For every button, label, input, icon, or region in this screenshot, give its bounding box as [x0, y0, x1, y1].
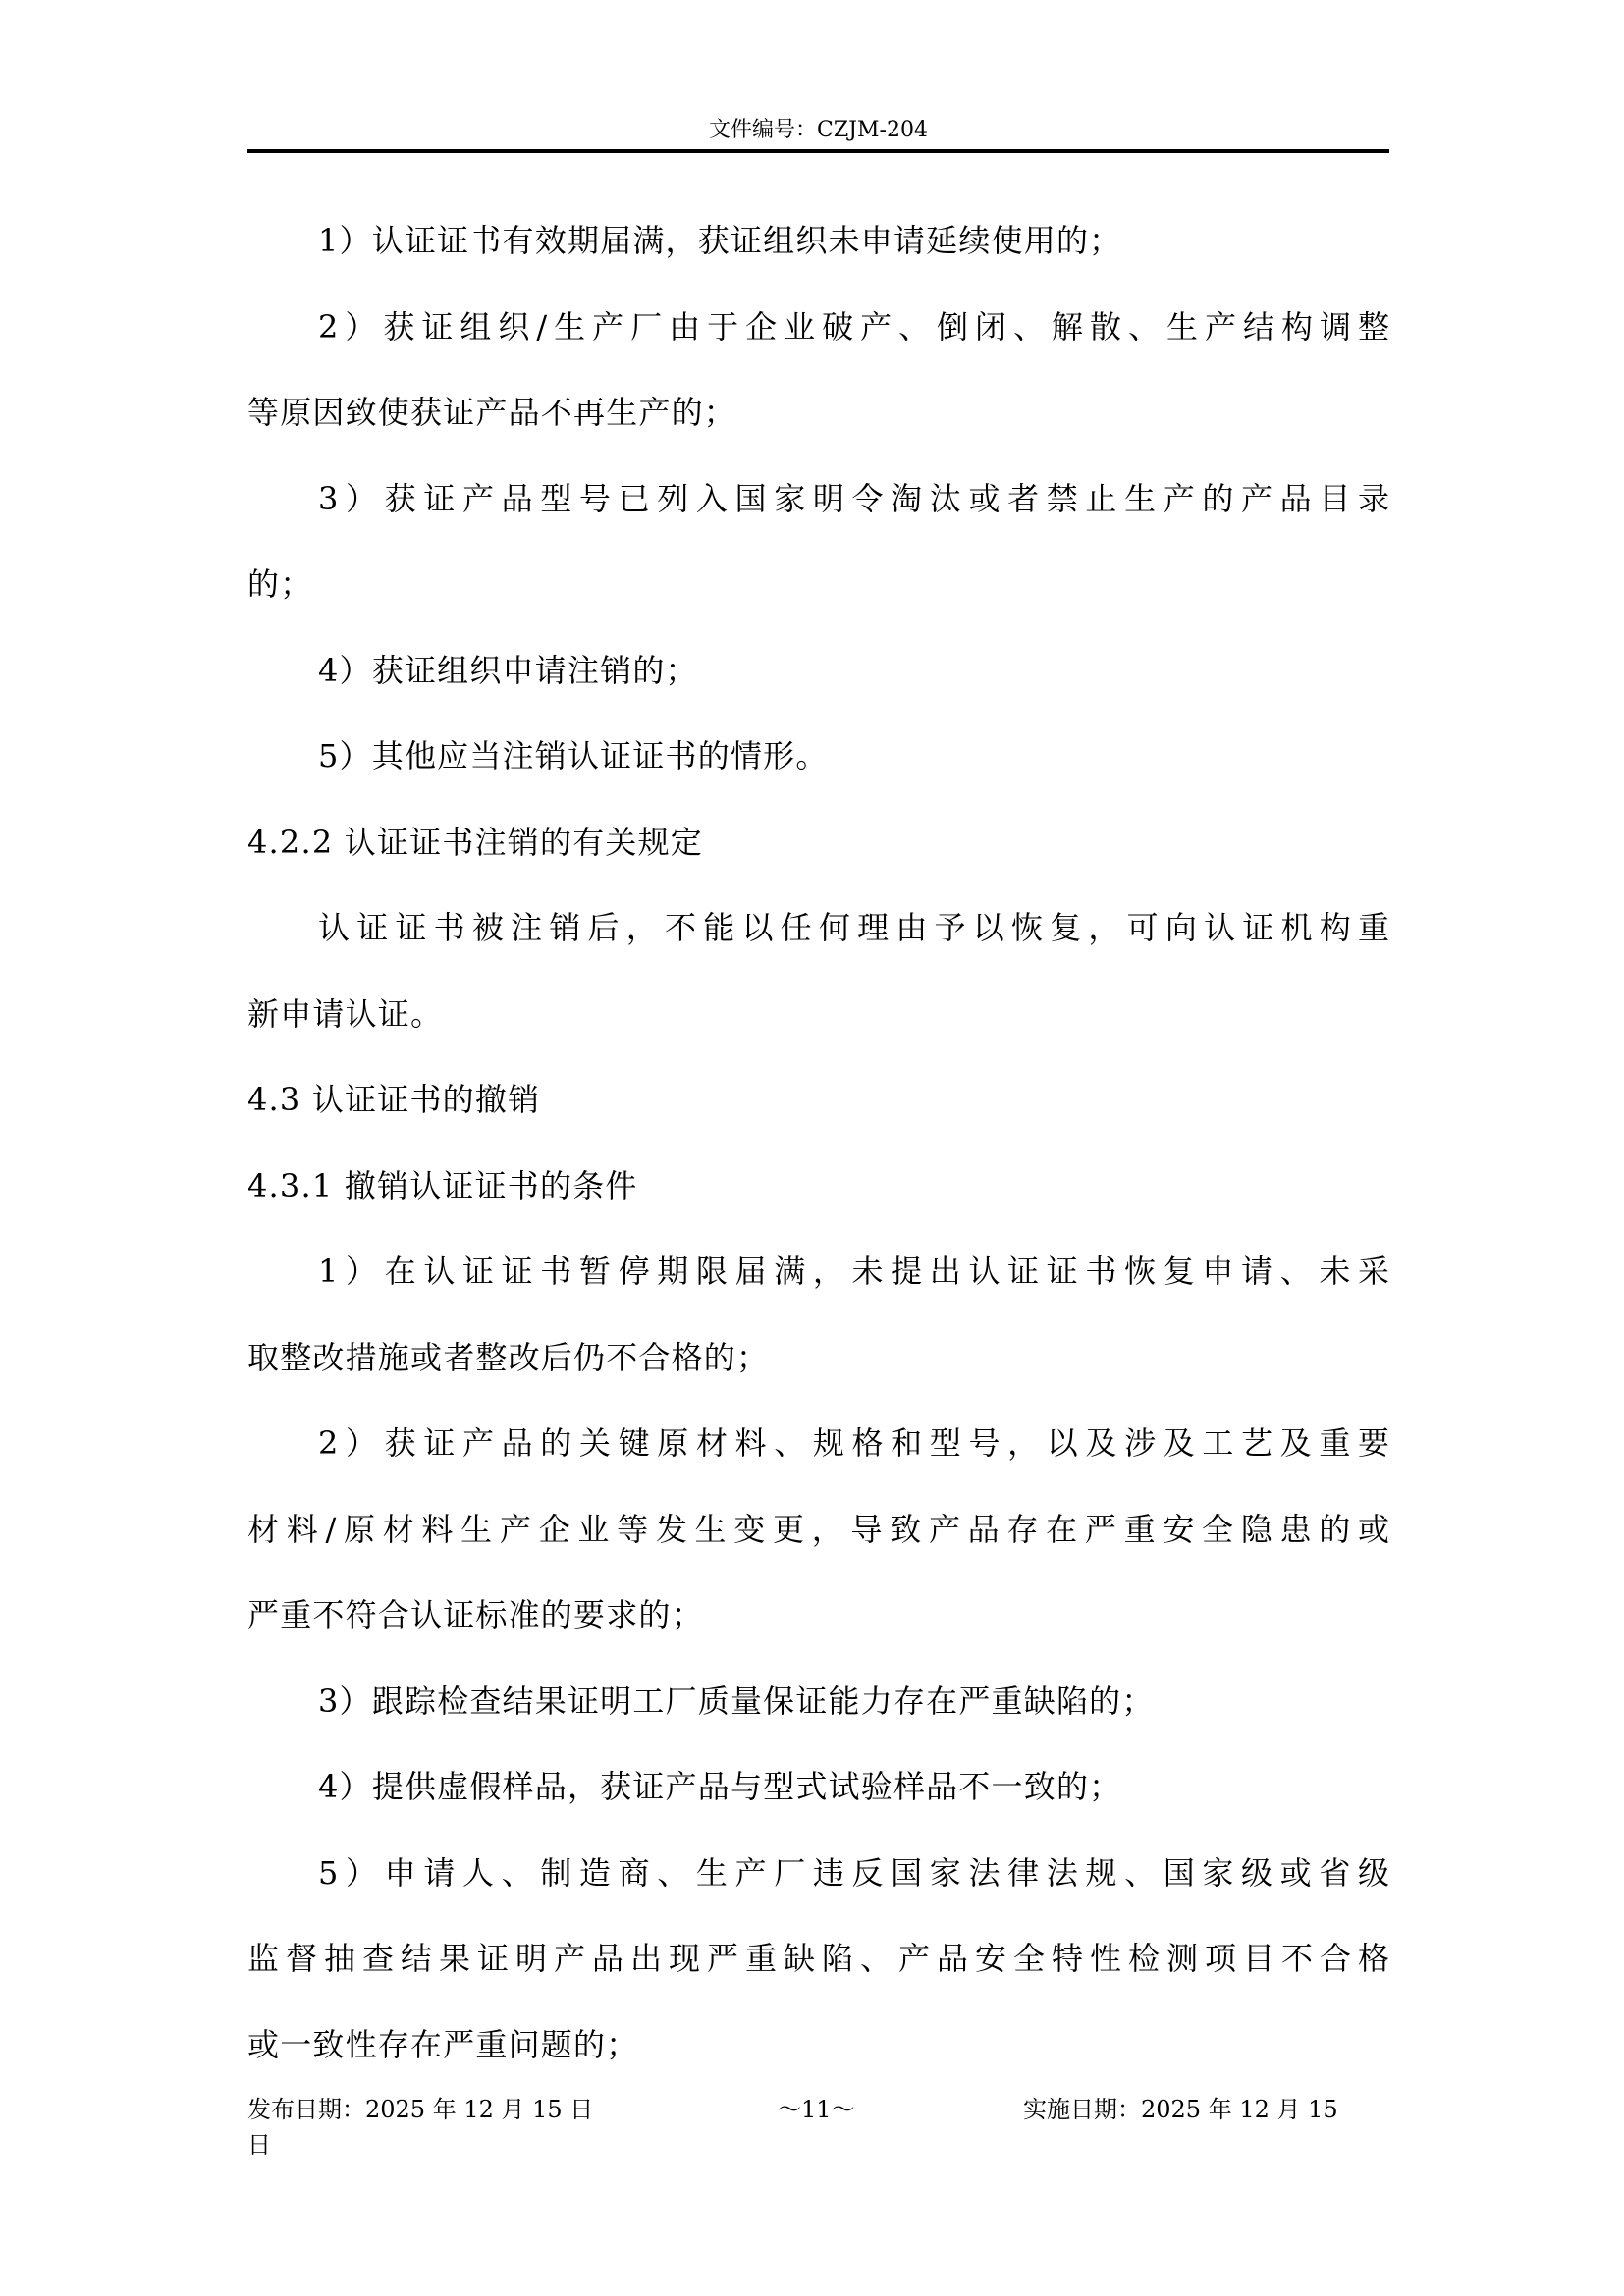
effective-date-wrap: 日	[247, 2128, 271, 2162]
paragraph-line: 取整改措施或者整改后仍不合格的；	[247, 1315, 1389, 1402]
paragraph-line: 1）认证证书有效期届满，获证组织未申请延续使用的；	[247, 198, 1389, 285]
paragraph-line: 2）获证组织/生产厂由于企业破产、倒闭、解散、生产结构调整	[247, 285, 1389, 371]
paragraph-line: 等原因致使获证产品不再生产的；	[247, 370, 1389, 456]
paragraph-line: 5）其他应当注销认证证书的情形。	[247, 714, 1389, 800]
section-heading-4-3: 4.3 认证证书的撤销	[247, 1057, 1389, 1144]
paragraph-line: 严重不符合认证标准的要求的；	[247, 1573, 1389, 1659]
section-heading-4-3-1: 4.3.1 撤销认证证书的条件	[247, 1144, 1389, 1230]
document-number-header: 文件编号：CZJM-204	[247, 116, 1389, 145]
paragraph-line: 认证证书被注销后，不能以任何理由予以恢复，可向认证机构重	[247, 885, 1389, 972]
paragraph-line: 监督抽查结果证明产品出现严重缺陷、产品安全特性检测项目不合格	[247, 1916, 1389, 2002]
effective-date: 实施日期：2025 年 12 月 15	[1023, 2093, 1338, 2126]
paragraph-line: 5）申请人、制造商、生产厂违反国家法律法规、国家级或省级	[247, 1831, 1389, 1917]
release-date: 发布日期：2025 年 12 月 15 日	[247, 2093, 593, 2126]
page-footer: 发布日期：2025 年 12 月 15 日 ～11～ 实施日期：2025 年 1…	[247, 2093, 1389, 2126]
paragraph-line: 2）获证产品的关键原材料、规格和型号，以及涉及工艺及重要	[247, 1401, 1389, 1487]
header-rule	[247, 149, 1389, 153]
document-body: 1）认证证书有效期届满，获证组织未申请延续使用的； 2）获证组织/生产厂由于企业…	[247, 198, 1389, 2088]
paragraph-line: 新申请认证。	[247, 972, 1389, 1058]
paragraph-line: 的；	[247, 542, 1389, 628]
paragraph-line: 材料/原材料生产企业等发生变更，导致产品存在严重安全隐患的或	[247, 1487, 1389, 1574]
section-heading-4-2-2: 4.2.2 认证证书注销的有关规定	[247, 800, 1389, 886]
paragraph-line: 4）提供虚假样品，获证产品与型式试验样品不一致的；	[247, 1744, 1389, 1831]
paragraph-line: 4）获证组织申请注销的；	[247, 628, 1389, 715]
paragraph-line: 或一致性存在严重问题的；	[247, 2002, 1389, 2089]
page-number: ～11～	[778, 2093, 855, 2126]
paragraph-line: 3）获证产品型号已列入国家明令淘汰或者禁止生产的产品目录	[247, 456, 1389, 543]
paragraph-line: 3）跟踪检查结果证明工厂质量保证能力存在严重缺陷的；	[247, 1659, 1389, 1745]
paragraph-line: 1）在认证证书暂停期限届满，未提出认证证书恢复申请、未采	[247, 1229, 1389, 1315]
